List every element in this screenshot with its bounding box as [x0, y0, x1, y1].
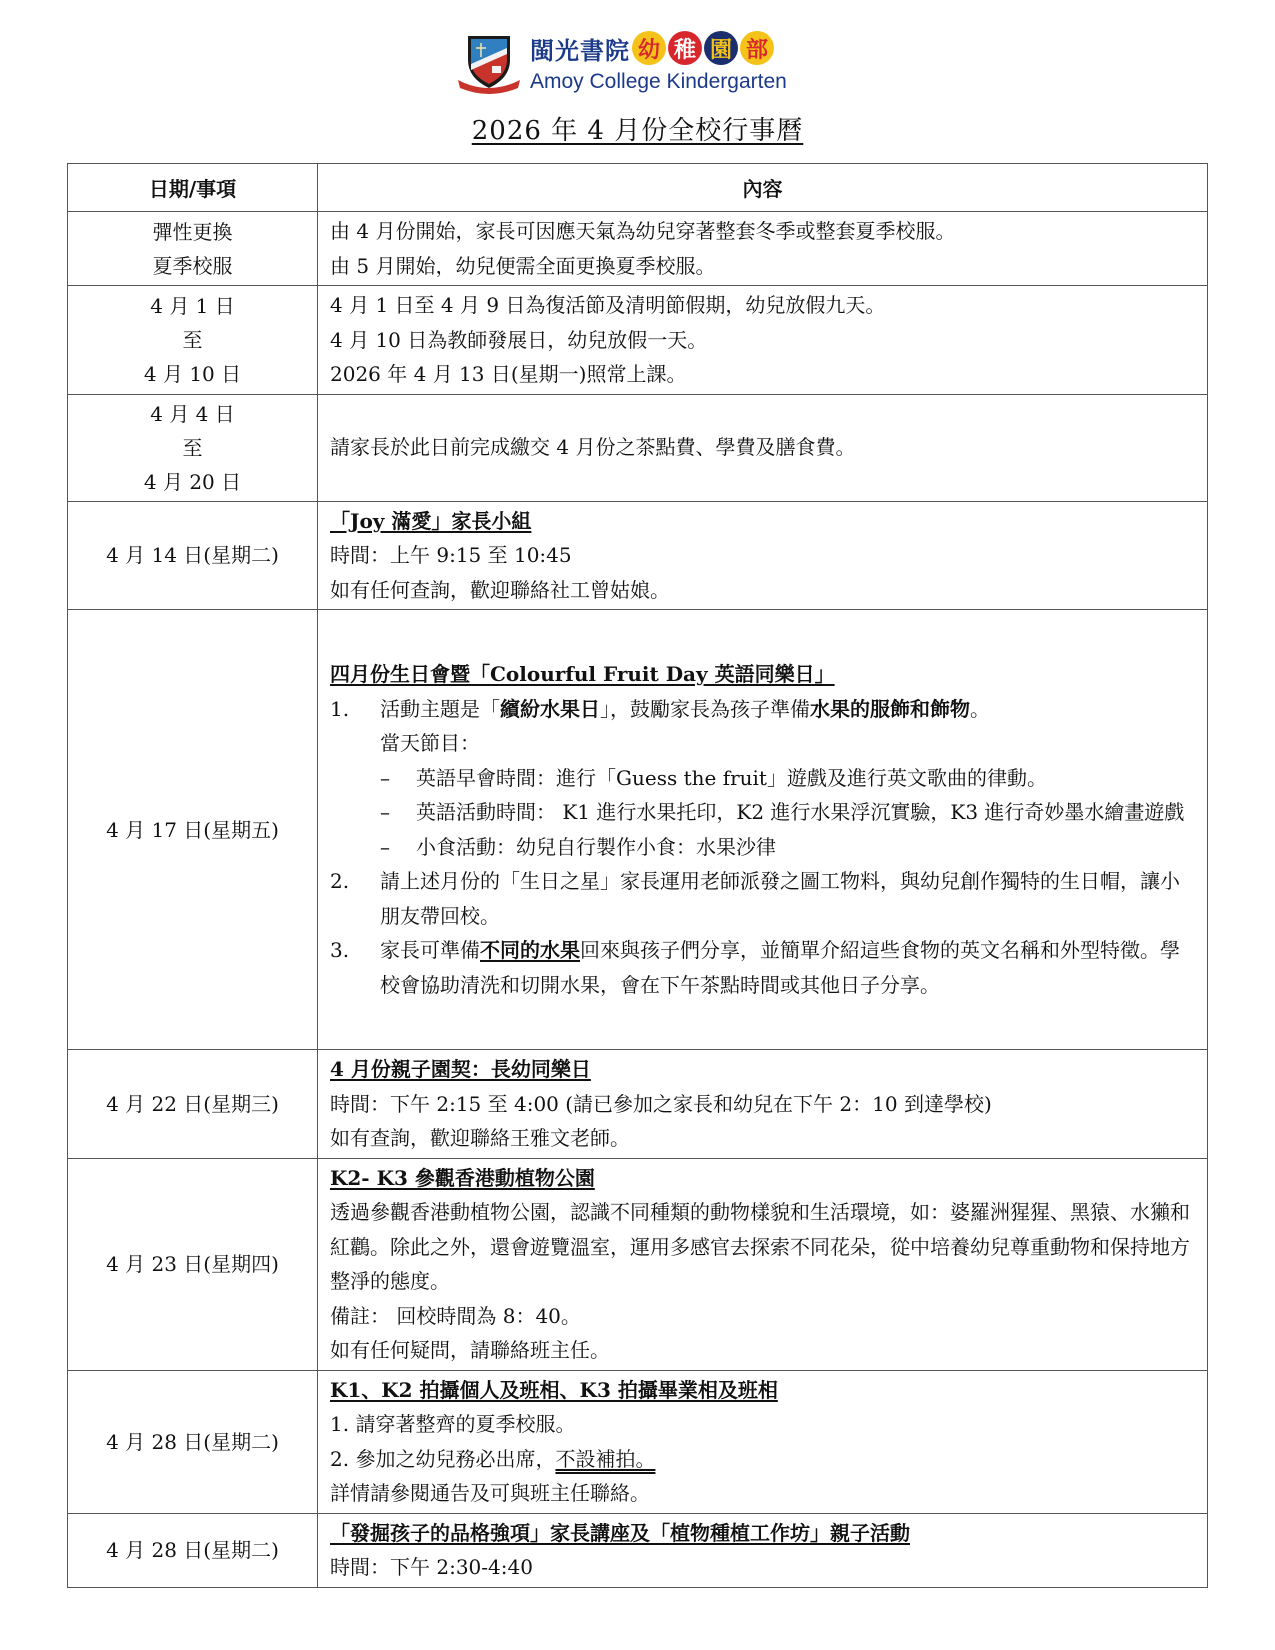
content-cell: 4 月 1 日至 4 月 9 日為復活節及清明節假期，幼兒放假九天。 4 月 1…	[318, 286, 1208, 395]
table-row: 4 月 4 日 至 4 月 20 日 請家長於此日前完成繳交 4 月份之茶點費、…	[68, 394, 1208, 501]
school-name-en: Amoy College Kindergarten	[530, 70, 787, 94]
date-cell: 4 月 28 日(星期二)	[68, 1370, 318, 1513]
division-char: 幼	[632, 31, 666, 65]
date-cell: 4 月 28 日(星期二)	[68, 1513, 318, 1587]
date-cell: 4 月 1 日 至 4 月 10 日	[68, 286, 318, 395]
content-cell: 由 4 月份開始，家長可因應天氣為幼兒穿著整套冬季或整套夏季校服。 由 5 月開…	[318, 212, 1208, 286]
table-row: 4 月 22 日(星期三) 4 月份親子園契：長幼同樂日 時間：下午 2:15 …	[68, 1050, 1208, 1159]
table-row: 4 月 23 日(星期四) K2- K3 參觀香港動植物公園 透過參觀香港動植物…	[68, 1158, 1208, 1370]
date-cell: 4 月 22 日(星期三)	[68, 1050, 318, 1159]
content-cell: K2- K3 參觀香港動植物公園 透過參觀香港動植物公園，認識不同種類的動物樣貌…	[318, 1158, 1208, 1370]
table-row: 4 月 14 日(星期二) 「Joy 滿愛」家長小組 時間：上午 9:15 至 …	[68, 501, 1208, 610]
table-row: 4 月 28 日(星期二) K1、K2 拍攝個人及班相、K3 拍攝畢業相及班相 …	[68, 1370, 1208, 1513]
event-heading: 「發掘孩子的品格強項」家長講座及「植物種植工作坊」親子活動	[330, 1516, 1197, 1551]
content-cell: 四月份生日會暨「Colourful Fruit Day 英語同樂日」 1. 活動…	[318, 610, 1208, 1050]
event-heading: 四月份生日會暨「Colourful Fruit Day 英語同樂日」	[330, 657, 1197, 692]
header-date: 日期/事項	[68, 164, 318, 212]
list-item: 3. 家長可準備不同的水果回來與孩子們分享，並簡單介紹這些食物的英文名稱和外型特…	[330, 933, 1197, 1002]
event-heading: 4 月份親子園契：長幼同樂日	[330, 1052, 1197, 1087]
header-content: 內容	[318, 164, 1208, 212]
event-heading: K2- K3 參觀香港動植物公園	[330, 1161, 1197, 1196]
table-header-row: 日期/事項 內容	[68, 164, 1208, 212]
page-title: 2026 年 4 月份全校行事曆	[0, 110, 1275, 147]
sub-list-item: – 小食活動：幼兒自行製作小食：水果沙律	[330, 830, 1197, 865]
date-cell: 4 月 4 日 至 4 月 20 日	[68, 394, 318, 501]
calendar-table: 日期/事項 內容 彈性更換 夏季校服 由 4 月份開始，家長可因應天氣為幼兒穿著…	[67, 163, 1208, 1588]
sub-list-item: – 英語早會時間：進行「Guess the fruit」遊戲及進行英文歌曲的律動…	[330, 761, 1197, 796]
content-cell: 4 月份親子園契：長幼同樂日 時間：下午 2:15 至 4:00 (請已參加之家…	[318, 1050, 1208, 1159]
event-heading: K1、K2 拍攝個人及班相、K3 拍攝畢業相及班相	[330, 1373, 1197, 1408]
school-name-cn: 閩光書院 幼 稚 園 部	[530, 30, 774, 66]
division-char: 部	[740, 31, 774, 65]
list-item: 2. 請上述月份的「生日之星」家長運用老師派發之圖工物料，與幼兒創作獨特的生日帽…	[330, 864, 1197, 933]
date-cell: 彈性更換 夏季校服	[68, 212, 318, 286]
division-char: 園	[704, 31, 738, 65]
table-row: 彈性更換 夏季校服 由 4 月份開始，家長可因應天氣為幼兒穿著整套冬季或整套夏季…	[68, 212, 1208, 286]
school-header: 閩光書院 幼 稚 園 部 Amoy College Kindergarten	[0, 28, 1275, 100]
school-logo: 閩光書院 幼 稚 園 部 Amoy College Kindergarten	[454, 28, 824, 100]
content-cell: 「Joy 滿愛」家長小組 時間：上午 9:15 至 10:45 如有任何查詢，歡…	[318, 501, 1208, 610]
table-row: 4 月 17 日(星期五) 四月份生日會暨「Colourful Fruit Da…	[68, 610, 1208, 1050]
date-cell: 4 月 14 日(星期二)	[68, 501, 318, 610]
date-cell: 4 月 23 日(星期四)	[68, 1158, 318, 1370]
table-row: 4 月 28 日(星期二) 「發掘孩子的品格強項」家長講座及「植物種植工作坊」親…	[68, 1513, 1208, 1587]
list-item: 1. 活動主題是「繽紛水果日」，鼓勵家長為孩子準備水果的服飾和飾物。	[330, 692, 1197, 727]
date-cell: 4 月 17 日(星期五)	[68, 610, 318, 1050]
school-crest-icon	[454, 30, 524, 96]
table-row: 4 月 1 日 至 4 月 10 日 4 月 1 日至 4 月 9 日為復活節及…	[68, 286, 1208, 395]
content-cell: 請家長於此日前完成繳交 4 月份之茶點費、學費及膳食費。	[318, 394, 1208, 501]
event-heading: 「Joy 滿愛」家長小組	[330, 504, 1197, 539]
division-char: 稚	[668, 31, 702, 65]
content-cell: K1、K2 拍攝個人及班相、K3 拍攝畢業相及班相 1. 請穿著整齊的夏季校服。…	[318, 1370, 1208, 1513]
sub-list-item: – 英語活動時間： K1 進行水果托印，K2 進行水果浮沉實驗，K3 進行奇妙墨…	[330, 795, 1197, 830]
content-cell: 「發掘孩子的品格強項」家長講座及「植物種植工作坊」親子活動 時間：下午 2:30…	[318, 1513, 1208, 1587]
